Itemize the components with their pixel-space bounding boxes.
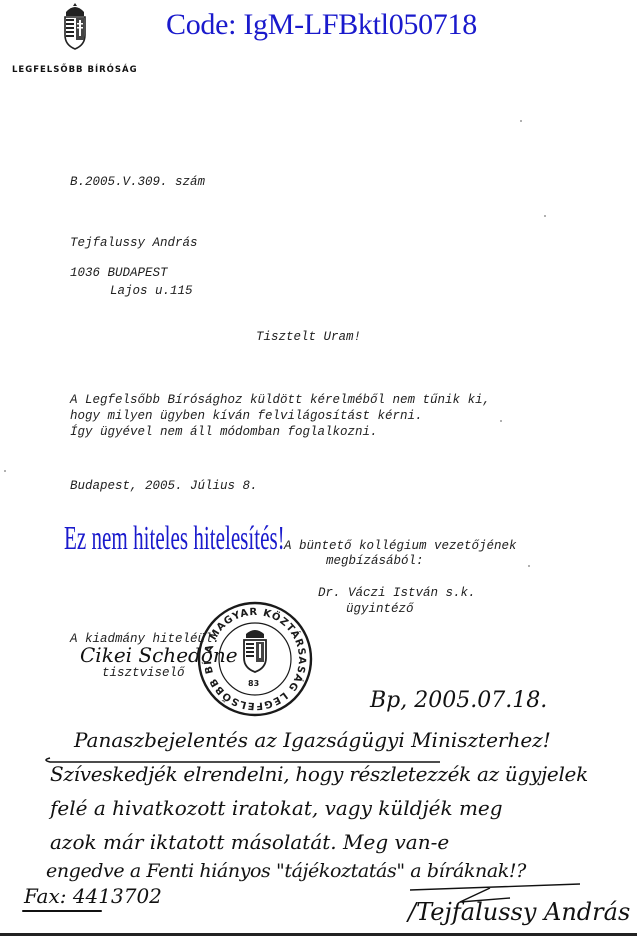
handwritten-line: felé a hivatkozott iratokat, vagy küldjé… bbox=[50, 796, 503, 820]
handwritten-line: azok már iktatott másolatát. Meg van-e bbox=[50, 830, 449, 854]
fax-underline bbox=[22, 910, 102, 912]
official-stamp: A MAGYAR KÖZTÁRSASÁG LEGFELSŐBB BÍRÓSÁGA… bbox=[196, 600, 314, 718]
handwritten-line: Szíveskedjék elrendelni, hogy részletezz… bbox=[50, 762, 588, 786]
clerk-title: tisztviselő bbox=[102, 666, 185, 680]
signatory-name: Dr. Váczi István s.k. bbox=[318, 586, 476, 600]
handwritten-date: Bp, 2005.07.18. bbox=[370, 688, 547, 713]
stamp-crest-icon bbox=[244, 630, 266, 672]
court-name: LEGFELSŐBB BÍRÓSÁG bbox=[12, 65, 138, 75]
handwritten-line: Panaszbejelentés az Igazságügyi Miniszte… bbox=[74, 728, 551, 752]
signatory-title: ügyintéző bbox=[346, 602, 414, 616]
recipient-street: Lajos u.115 bbox=[110, 284, 193, 298]
body-line: hogy milyen ügyben kíván felvilágosítást… bbox=[70, 409, 423, 423]
overlay-warning-note: Ez nem hiteles hitelesítés! bbox=[64, 520, 285, 558]
stamp-number: 83 bbox=[248, 679, 259, 688]
reference-number: B.2005.V.309. szám bbox=[70, 175, 205, 189]
scan-speck bbox=[528, 565, 530, 567]
handwritten-fax: Fax: 4413702 bbox=[24, 884, 162, 908]
scan-speck bbox=[520, 120, 522, 122]
signoff-line: megbízásából: bbox=[326, 554, 424, 568]
body-line: A Legfelsőbb Bírósághoz küldött kérelméb… bbox=[70, 393, 490, 407]
scan-speck bbox=[544, 215, 546, 217]
handwritten-signature: /Tejfalussy András bbox=[408, 898, 630, 926]
salutation: Tisztelt Uram! bbox=[256, 330, 361, 344]
scan-speck bbox=[4, 470, 6, 472]
recipient-name: Tejfalussy András bbox=[70, 236, 198, 250]
body-line: Így ügyével nem áll módomban foglalkozni… bbox=[70, 425, 378, 439]
letter-date: Budapest, 2005. Július 8. bbox=[70, 479, 258, 493]
scan-speck bbox=[500, 420, 502, 422]
signoff-line: A büntető kollégium vezetőjének bbox=[284, 539, 517, 553]
page-bottom-edge bbox=[0, 933, 637, 936]
recipient-city: 1036 BUDAPEST bbox=[70, 266, 168, 280]
handwritten-line: engedve a Fenti hiányos "tájékoztatás" a… bbox=[46, 860, 526, 882]
document-code: Code: IgM-LFBktl050718 bbox=[166, 8, 477, 42]
coat-of-arms-icon bbox=[62, 2, 88, 54]
